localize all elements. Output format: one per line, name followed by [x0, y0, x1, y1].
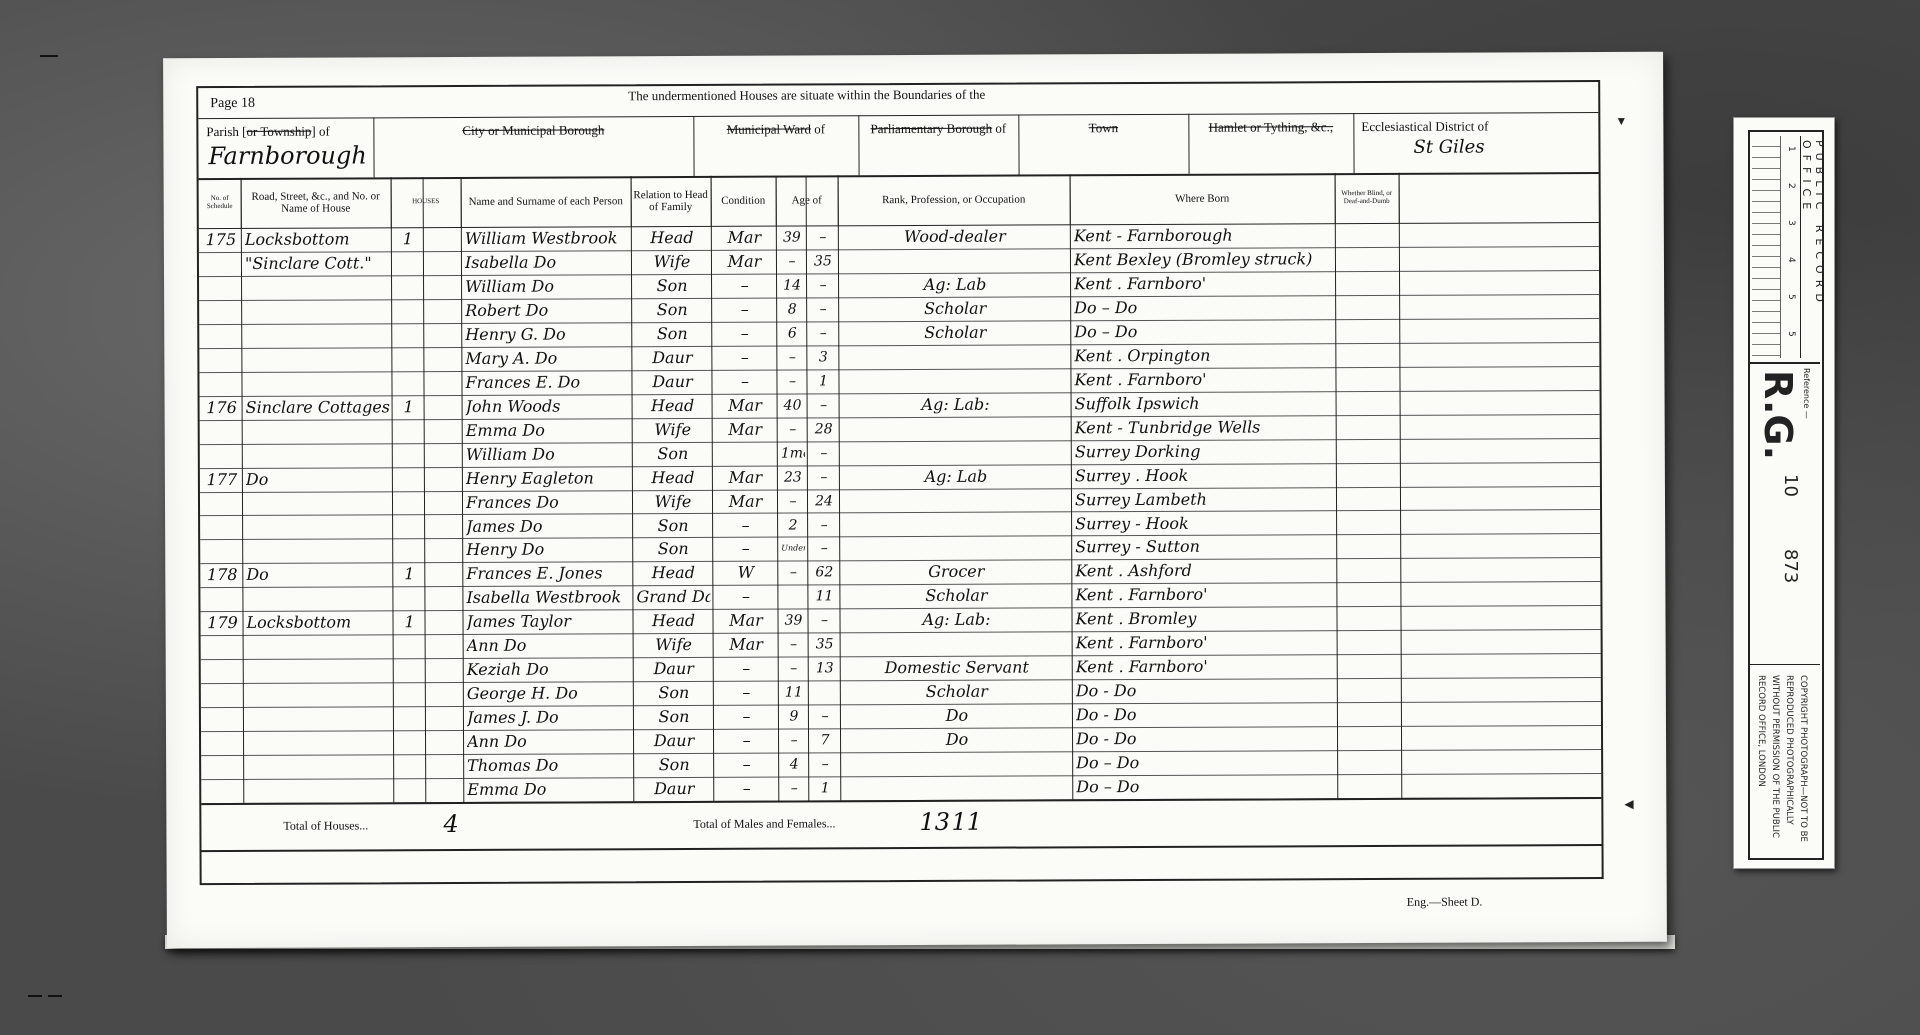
struck-label: or Township	[246, 124, 311, 139]
cell-name: Ann Do	[467, 634, 631, 659]
copyright-notice: COPYRIGHT PHOTOGRAPH—NOT TO BE REPRODUCE…	[1754, 675, 1810, 853]
cell-condition: Mar	[716, 609, 775, 633]
cell-name: Emma Do	[467, 777, 631, 802]
cell-condition: W	[716, 561, 775, 585]
cell-name: Thomas Do	[467, 753, 631, 778]
cell-relation: Head	[635, 226, 709, 250]
cell-male: 14	[780, 273, 804, 297]
cell-name: Keziah Do	[467, 657, 631, 682]
cell-relation: Grand Daur	[636, 585, 710, 609]
cell-occupation: Do	[844, 703, 1070, 728]
cell-name: Mary A. Do	[465, 346, 629, 371]
boundary-cell: Hamlet or Tything, &c.,	[1188, 113, 1354, 174]
cell-relation: Son	[636, 442, 710, 466]
cell-occupation: Ag: Lab:	[843, 392, 1069, 417]
cell-name: William Do	[465, 274, 629, 299]
cell-relation: Daur	[637, 729, 711, 753]
cell-born: Kent . Farnboro'	[1076, 654, 1335, 679]
piece-number: 10	[1780, 474, 1801, 497]
total-females-value: 11	[951, 808, 982, 836]
cell-occupation: Domestic Servant	[844, 656, 1070, 681]
column-header: Whether Blind, or Deaf-and-Dumb	[1335, 173, 1400, 223]
cell-born: Do – Do	[1074, 319, 1333, 344]
cell-male: 23	[781, 465, 805, 489]
cell-condition: –	[717, 681, 776, 705]
struck-label: City or Municipal Borough	[462, 122, 604, 138]
cell-female: 13	[812, 657, 838, 681]
cell-female: 11	[811, 585, 837, 609]
cell-born: Do - Do	[1076, 678, 1335, 703]
cell-male: –	[780, 249, 804, 273]
folio-number: 873	[1780, 549, 1801, 583]
film-edge-mark	[40, 55, 58, 57]
cell-born: Kent . Farnboro'	[1074, 271, 1333, 296]
cell-male: 9	[782, 705, 806, 729]
total-houses-label: Total of Houses...	[283, 818, 368, 833]
cell-occupation: Scholar	[842, 320, 1068, 345]
cell-occupation: Grocer	[843, 560, 1069, 585]
triangle-marker-icon: ▼	[1615, 114, 1627, 129]
cell-male: 11	[782, 681, 806, 705]
total-persons-label: Total of Males and Females...	[693, 816, 835, 832]
cell-schedule: 178	[204, 563, 240, 587]
cell-female: –	[812, 704, 838, 728]
cell-born: Kent Bexley (Bromley struck)	[1074, 247, 1333, 272]
cell-occupation: Ag: Lab	[843, 464, 1069, 489]
cell-name: James Taylor	[466, 610, 630, 635]
cell-male: 4	[782, 753, 806, 777]
boundary-cell: Parish [or Township] ofFarnborough	[198, 117, 374, 178]
cell-male: 6	[780, 321, 804, 345]
cell-male: 8	[780, 297, 804, 321]
cell-name: Emma Do	[466, 418, 630, 443]
cell-condition: –	[716, 537, 775, 561]
boundary-value: Farnborough	[208, 141, 366, 170]
cell-male: –	[780, 369, 804, 393]
cell-condition: –	[717, 657, 776, 681]
column-header: Relation to Head of Family	[631, 176, 712, 226]
cell-name: Frances E. Jones	[466, 562, 630, 587]
column-header: Where Born	[1070, 173, 1336, 224]
cell-born: Surrey Lambeth	[1075, 487, 1334, 512]
cell-born: Surrey Dorking	[1075, 439, 1334, 464]
office-label: PUBLIC RECORD OFFICE	[1800, 140, 1826, 362]
cell-relation: Head	[636, 465, 710, 489]
cell-schedule: 175	[203, 228, 239, 252]
cell-relation: Son	[635, 274, 709, 298]
cell-name: Robert Do	[465, 298, 629, 323]
cell-born: Kent - Farnborough	[1074, 223, 1333, 248]
total-houses-value: 4	[443, 810, 458, 838]
cell-schedule: 176	[204, 396, 240, 420]
census-form: Page 18 The undermentioned Houses are si…	[196, 80, 1603, 885]
cell-male: –	[780, 345, 804, 369]
struck-label: Municipal Ward	[727, 121, 811, 136]
column-header: Condition	[711, 176, 777, 226]
cell-relation: Wife	[636, 418, 710, 442]
page-number: Page 18	[210, 96, 255, 112]
cell-born: Do - Do	[1076, 726, 1335, 751]
cell-female: 62	[811, 561, 837, 585]
boundary-cell: City or Municipal Borough	[373, 116, 694, 177]
cell-condition: Mar	[717, 633, 776, 657]
cell-female: 1	[812, 776, 838, 800]
struck-label: Hamlet or Tything, &c.,	[1209, 119, 1334, 135]
cell-relation: Daur	[635, 346, 709, 370]
cell-relation: Son	[636, 537, 710, 561]
cell-name: Frances E. Do	[465, 370, 629, 395]
struck-label: Parliamentary Borough	[870, 121, 992, 137]
cell-condition: –	[716, 585, 775, 609]
cell-name: John Woods	[466, 394, 630, 419]
boundary-value: St Giles	[1413, 137, 1484, 158]
cell-female: –	[810, 225, 836, 249]
cell-female: 28	[811, 417, 837, 441]
cell-born: Surrey - Hook	[1075, 511, 1334, 536]
boundary-row: Parish [or Township] ofFarnboroughCity o…	[198, 112, 1598, 180]
cell-male: –	[782, 633, 806, 657]
cell-female: –	[811, 441, 837, 465]
boundary-label: Town	[1018, 120, 1188, 137]
cell-relation: Son	[635, 298, 709, 322]
cell-born: Kent . Ashford	[1075, 559, 1334, 584]
cell-condition: –	[715, 297, 774, 321]
boundary-label: Parliamentary Borough of	[858, 121, 1018, 138]
cell-occupation: Ag: Lab:	[843, 608, 1069, 633]
cell-relation: Head	[636, 561, 710, 585]
reference-label: Reference —	[1802, 368, 1811, 419]
cell-condition: Mar	[715, 226, 774, 250]
cell-female: –	[811, 513, 837, 537]
cell-condition: Mar	[716, 417, 775, 441]
cell-relation: Son	[637, 753, 711, 777]
column-header: Age of	[776, 175, 839, 225]
cell-relation: Daur	[637, 657, 711, 681]
cell-condition: –	[717, 705, 776, 729]
boundary-cell: Municipal Ward of	[693, 115, 859, 176]
sheet-note: Eng.—Sheet D.	[1407, 895, 1483, 910]
cell-relation: Head	[636, 609, 710, 633]
cell-male: –	[781, 489, 805, 513]
cell-condition: –	[715, 345, 774, 369]
census-page: Page 18 The undermentioned Houses are si…	[163, 52, 1667, 949]
cell-occupation: Scholar	[844, 680, 1070, 705]
cell-female: 7	[812, 728, 838, 752]
cell-condition: –	[716, 513, 775, 537]
cell-occupation: Scholar	[842, 296, 1068, 321]
cell-name: James J. Do	[467, 705, 631, 730]
cell-relation: Son	[637, 705, 711, 729]
scale-mark: 5	[1786, 331, 1796, 337]
cell-inhabited: 1	[396, 563, 422, 587]
cell-female: –	[811, 609, 837, 633]
cell-condition: Mar	[716, 465, 775, 489]
scale-mark: 2	[1786, 183, 1796, 189]
cell-relation: Son	[635, 322, 709, 346]
struck-label: Town	[1089, 120, 1118, 135]
cell-address: Do	[246, 563, 390, 588]
reference-card: 123455 PUBLIC RECORD OFFICE Reference — …	[1733, 117, 1835, 869]
cell-born: Kent . Orpington	[1074, 343, 1333, 368]
boundary-label: Municipal Ward of	[693, 121, 858, 138]
column-headers: No. of ScheduleRoad, Street, &c., and No…	[199, 172, 1599, 229]
cell-female: –	[810, 273, 836, 297]
cell-relation: Wife	[635, 250, 709, 274]
cell-male: Under 2mo	[781, 537, 805, 561]
cell-male: 40	[781, 393, 805, 417]
column-header: HOUSES	[391, 177, 462, 227]
cell-condition: –	[715, 321, 774, 345]
boundary-label: Hamlet or Tything, &c.,	[1188, 119, 1353, 136]
cell-occupation: Ag: Lab	[842, 272, 1068, 297]
boundary-label: City or Municipal Borough	[373, 122, 693, 139]
cell-address: Do	[246, 467, 390, 492]
cell-relation: Son	[637, 681, 711, 705]
cell-female: 24	[811, 489, 837, 513]
cell-name: William Westbrook	[465, 226, 629, 251]
cell-female: –	[810, 297, 836, 321]
scale-mark: 4	[1786, 257, 1796, 263]
cell-born: Do – Do	[1076, 774, 1335, 799]
boundary-label: Ecclesiastical District of	[1361, 118, 1488, 135]
boundary-cell: Ecclesiastical District ofSt Giles	[1353, 112, 1598, 173]
cell-female: –	[810, 321, 836, 345]
census-rows: 175Locksbottom1William WestbrookHeadMar3…	[199, 222, 1601, 803]
cell-name: Isabella Westbrook	[466, 586, 630, 611]
cell-female: 1	[810, 369, 836, 393]
cell-name: Henry G. Do	[465, 322, 629, 347]
cell-name: Isabella Do	[465, 250, 629, 275]
cell-relation: Head	[636, 394, 710, 418]
cell-female: 3	[810, 345, 836, 369]
scale-mark: 5	[1786, 294, 1796, 300]
cell-inhabited: 1	[396, 395, 422, 419]
cell-address: Locksbottom	[246, 611, 390, 636]
cell-occupation: Wood-dealer	[842, 224, 1068, 249]
cell-condition: –	[715, 274, 774, 298]
cell-name: Henry Eagleton	[466, 466, 630, 491]
cell-name: Ann Do	[467, 729, 631, 754]
cell-male: –	[781, 561, 805, 585]
boundary-cell: Town	[1018, 114, 1189, 175]
cell-male: –	[782, 657, 806, 681]
cell-name: Frances Do	[466, 490, 630, 515]
copyright-block: COPYRIGHT PHOTOGRAPH—NOT TO BE REPRODUCE…	[1750, 667, 1820, 857]
boundary-label: Parish [or Township] of	[206, 124, 330, 141]
scale-ruler: 123455 PUBLIC RECORD OFFICE	[1750, 132, 1820, 364]
cell-born: Do – Do	[1074, 295, 1333, 320]
cell-male: 39	[780, 225, 804, 249]
cell-occupation: Scholar	[843, 584, 1069, 609]
cell-born: Kent . Farnboro'	[1076, 630, 1335, 655]
cell-condition: –	[717, 777, 776, 801]
cell-born: Kent - Tunbridge Wells	[1075, 415, 1334, 440]
cell-male: –	[782, 729, 806, 753]
cell-condition: Mar	[715, 250, 774, 274]
cell-condition: Mar	[716, 393, 775, 417]
cell-female: –	[811, 465, 837, 489]
cell-address: Locksbottom	[245, 227, 389, 252]
film-edge-mark	[48, 995, 62, 997]
cell-male: –	[782, 777, 806, 801]
cell-born: Kent . Farnboro'	[1074, 367, 1333, 392]
cell-relation: Daur	[637, 777, 711, 801]
reference-block: Reference — R.G. 10 873	[1750, 364, 1820, 665]
cell-schedule: 179	[204, 611, 240, 635]
cell-condition: –	[717, 729, 776, 753]
cell-relation: Wife	[636, 489, 710, 513]
cell-name: James Do	[466, 514, 630, 539]
cell-name: William Do	[466, 442, 630, 467]
cell-born: Do - Do	[1076, 702, 1335, 727]
cell-relation: Son	[636, 513, 710, 537]
cell-relation: Wife	[637, 633, 711, 657]
cell-female: 35	[810, 249, 836, 273]
column-header: No. of Schedule	[199, 178, 242, 228]
cell-address: Sinclare Cottages	[246, 395, 390, 420]
series-code: R.G.	[1756, 370, 1800, 460]
cell-male: 39	[781, 609, 805, 633]
cell-female: –	[812, 752, 838, 776]
cell-male: –	[781, 417, 805, 441]
cell-female: –	[811, 537, 837, 561]
cell-born: Surrey . Hook	[1075, 463, 1334, 488]
cell-name: George H. Do	[467, 681, 631, 706]
cell-condition: Mar	[716, 489, 775, 513]
cell-condition: –	[715, 369, 774, 393]
cell-condition: –	[717, 753, 776, 777]
boundary-banner: The undermentioned Houses are situate wi…	[628, 87, 985, 105]
scale-mark: 3	[1786, 220, 1796, 226]
cell-relation: Daur	[635, 370, 709, 394]
cell-schedule: 177	[204, 468, 240, 492]
cell-name: Henry Do	[466, 538, 630, 563]
cell-occupation: Do	[844, 727, 1070, 752]
cell-born: Suffolk Ipswich	[1075, 391, 1334, 416]
cell-born: Do – Do	[1076, 750, 1335, 775]
triangle-marker-icon: ◀	[1624, 797, 1633, 812]
cell-inhabited: 1	[395, 227, 421, 251]
boundary-cell: Parliamentary Borough of	[858, 115, 1019, 176]
cell-female: 35	[812, 633, 838, 657]
cell-inhabited: 1	[396, 610, 422, 634]
column-header: Name and Surname of each Person	[461, 176, 632, 227]
cell-male: 1mo	[781, 441, 805, 465]
cell-address: "Sinclare Cott."	[245, 251, 389, 276]
column-header: Road, Street, &c., and No. or Name of Ho…	[241, 177, 392, 228]
column-header: Rank, Profession, or Occupation	[838, 174, 1071, 225]
totals-row: Total of Houses... 4 Total of Males and …	[201, 797, 1601, 852]
film-edge-mark	[28, 995, 42, 997]
cell-male: 2	[781, 513, 805, 537]
scale-mark: 1	[1786, 146, 1796, 152]
cell-born: Surrey - Sutton	[1075, 535, 1334, 560]
cell-born: Kent . Farnboro'	[1075, 583, 1334, 608]
cell-born: Kent . Bromley	[1075, 606, 1334, 631]
total-males-value: 13	[919, 808, 950, 836]
cell-female: –	[811, 393, 837, 417]
